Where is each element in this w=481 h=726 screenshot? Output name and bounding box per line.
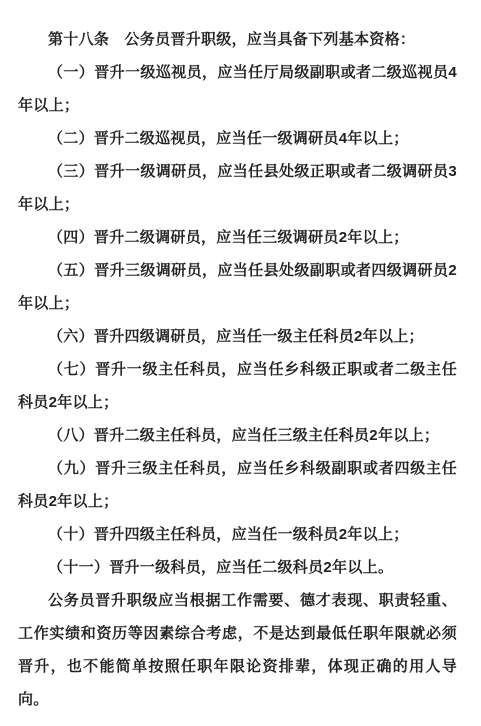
clause-item-10: （十）晋升四级主任科员，应当任一级科员2年以上； <box>18 518 457 551</box>
closing-paragraph: 公务员晋升职级应当根据工作需要、德才表现、职责轻重、工作实绩和资历等因素综合考虑… <box>18 584 457 716</box>
clause-item-8: （八）晋升二级主任科员，应当任三级主任科员2年以上； <box>18 419 457 452</box>
clause-item-9: （九）晋升三级主任科员，应当任乡科级副职或者四级主任科员2年以上； <box>18 452 457 518</box>
clause-item-7: （七）晋升一级主任科员，应当任乡科级正职或者二级主任科员2年以上； <box>18 353 457 419</box>
clause-item-2: （二）晋升二级巡视员，应当任一级调研员4年以上； <box>18 122 457 155</box>
clause-item-5: （五）晋升三级调研员，应当任县处级副职或者四级调研员2年以上； <box>18 254 457 320</box>
clause-item-4: （四）晋升二级调研员，应当任三级调研员2年以上； <box>18 221 457 254</box>
article-body: 第十八条 公务员晋升职级，应当具备下列基本资格： （一）晋升一级巡视员，应当任厅… <box>18 23 457 716</box>
clause-item-1: （一）晋升一级巡视员，应当任厅局级副职或者二级巡视员4年以上； <box>18 56 457 122</box>
document-page: 第十八条 公务员晋升职级，应当具备下列基本资格： （一）晋升一级巡视员，应当任厅… <box>0 0 481 726</box>
clause-item-3: （三）晋升一级调研员，应当任县处级正职或者二级调研员3年以上； <box>18 155 457 221</box>
clause-item-6: （六）晋升四级调研员，应当任一级主任科员2年以上； <box>18 320 457 353</box>
clause-item-11: （十一）晋升一级科员，应当任二级科员2年以上。 <box>18 551 457 584</box>
article-heading: 第十八条 公务员晋升职级，应当具备下列基本资格： <box>18 23 457 56</box>
